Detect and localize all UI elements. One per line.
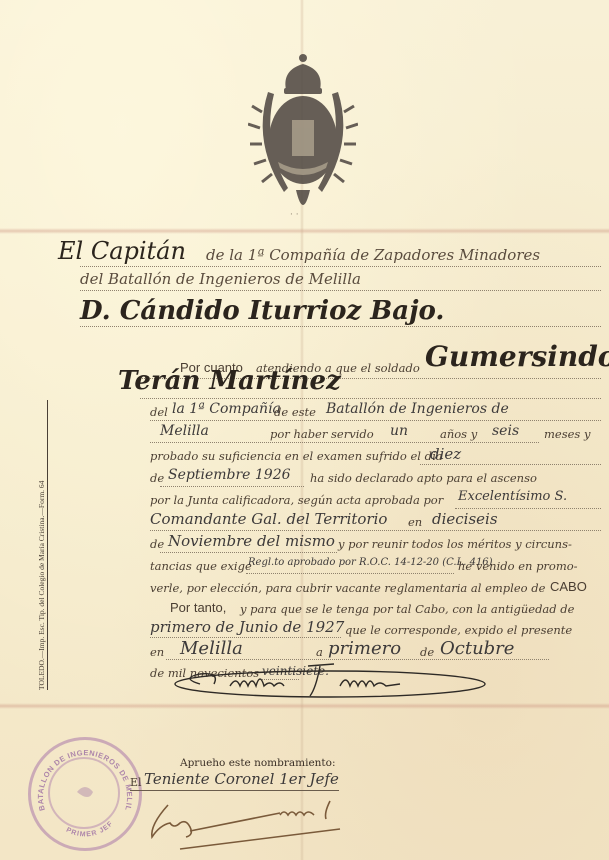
years-served: un [390,423,408,439]
rank-value: CABO [550,579,587,594]
battalion-value: Batallón de Ingenieros de [326,401,509,417]
approval-label: Aprueho este nombramiento: [180,757,336,769]
por-haber-servido: por haber servido [270,427,374,441]
fold-crease [0,228,609,234]
regulation-value: Regl.to aprobado por R.O.C. 14-12-20 (C.… [248,557,493,568]
field-underline [140,398,601,399]
verle-text: verle, por elección, para cubrir vacante… [150,581,545,595]
p2-text: y para que se le tenga por tal Cabo, con… [240,602,574,616]
field-underline [246,573,454,574]
field-underline [160,486,304,487]
captain-signature: Cándido Iturrioz [170,652,510,702]
decorative-mark: · · [290,210,299,220]
junta-text: por la Junta calificadora, según acta ap… [150,493,443,507]
meses-label: meses y [544,427,590,441]
field-underline [160,552,337,553]
header-title: El Capitán [58,237,186,265]
de-este-label: de este [274,405,316,419]
battalion-stamp: BATALLON DE INGENIEROS DE MELILLA PRIMER… [28,737,142,851]
battalion-city: Melilla [160,423,209,439]
approval-month: Noviembre del mismo [168,532,335,550]
seniority-date: primero de Junio de 1927 [150,618,344,636]
field-underline [150,442,539,443]
approved-by-1: Excelentísimo S. [458,489,567,504]
tancias-text: tancias que exige [150,559,252,573]
reunir-text: y por reunir todos los méritos y circuns… [338,537,572,551]
approver-underline [130,790,339,791]
approver-signature [140,795,360,855]
stamp-text-ring: BATALLON DE INGENIEROS DE MELILLA PRIMER… [31,740,139,848]
field-underline [150,420,601,421]
printer-imprint: TOLEDO.—Imp. Esc. Tip. del Colegio de Ma… [37,400,48,690]
officer-name: D. Cándido Iturrioz Bajo. [80,296,444,326]
approver-title: Teniente Coronel 1er Jefe [144,770,339,788]
header-underline [80,290,601,291]
promover-text: he venido en promo- [458,559,578,573]
corresponde-text: que le corresponde, expido el presente [345,623,572,637]
field-underline [150,637,341,638]
field-underline [420,464,601,465]
por-tanto-label: Por tanto, [170,600,226,615]
declarado-text: ha sido declarado apto para el ascenso [310,471,537,485]
anos-label: años y [440,427,477,441]
probado-text: probado su suficiencia en el examen sufr… [150,449,443,463]
svg-text:BATALLON DE INGENIEROS DE MELI: BATALLON DE INGENIEROS DE MELILLA [31,740,134,812]
header-company: de la 1ª Compañía de Zapadores Minadores [206,246,540,264]
royal-crest-icon [248,52,358,220]
soldier-first-name: Gumersindo [425,340,609,373]
approval-day: dieciseis [432,510,498,528]
months-served: seis [492,423,519,439]
header-battalion: del Batallón de Ingenieros de Melilla [80,270,361,288]
fold-crease [0,703,609,709]
el-label: El [130,776,142,789]
soldier-surname: Terán Martínez [118,366,341,396]
approved-by-2: Comandante Gal. del Territorio [150,510,387,528]
exam-month-year: Septiembre 1926 [168,467,291,483]
field-underline [455,508,601,509]
de-label: de [150,471,164,485]
officer-underline [80,326,601,327]
header-underline [80,266,601,267]
exam-day: diez [430,445,461,463]
en-label: en [408,515,422,529]
field-underline [150,530,601,531]
del-label: del [150,405,168,419]
en-label-2: en [150,645,164,659]
company-value: la 1ª Compañía [172,401,281,417]
de-label-2: de [150,537,164,551]
